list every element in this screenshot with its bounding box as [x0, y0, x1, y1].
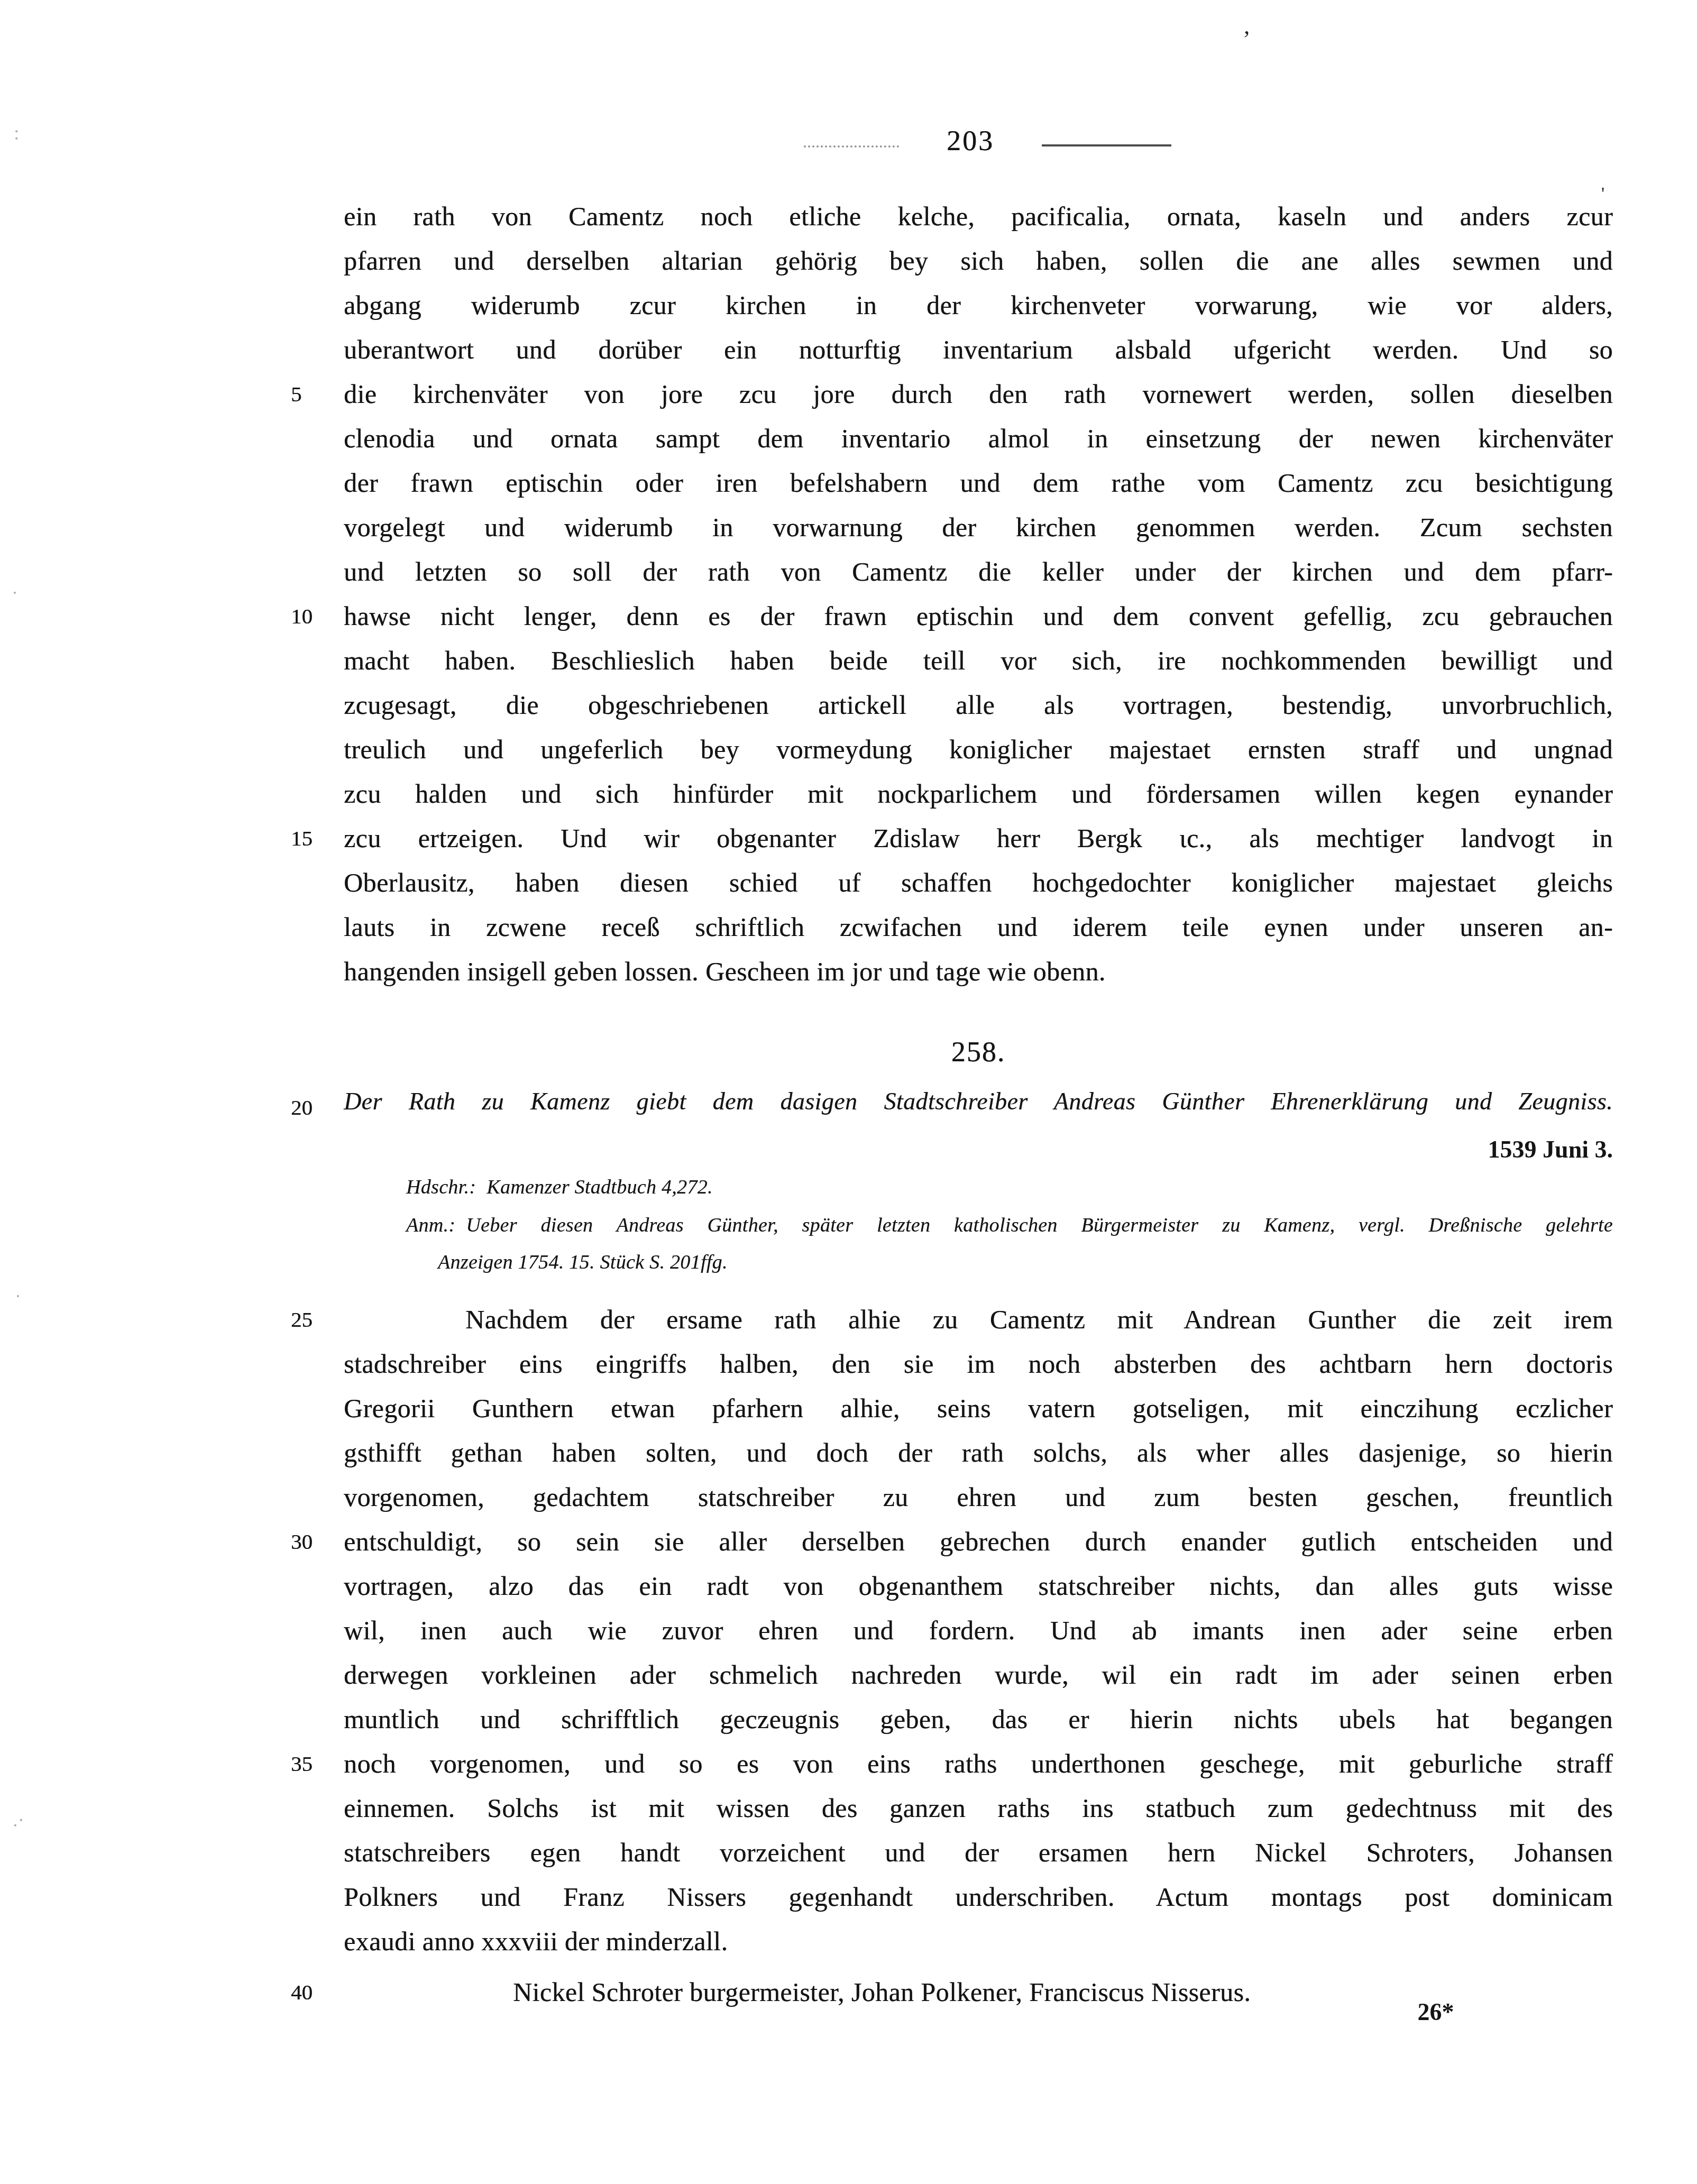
line-text: statschreibers egen handt vorzeichent un…	[344, 1838, 1613, 1867]
margin-line-number: 10	[291, 594, 336, 638]
text-line: vorgenomen, gedachtem statschreiber zu e…	[344, 1475, 1613, 1519]
text-line: stadschreiber eins eingriffs halben, den…	[344, 1342, 1613, 1386]
text-line: exaudi anno xxxviii der minderzall.	[344, 1919, 1613, 1963]
text-line: 5 die kirchenväter von jore zcu jore dur…	[344, 372, 1613, 416]
line-text: der frawn eptischin oder iren befelshabe…	[344, 468, 1613, 498]
margin-line-number: 30	[291, 1519, 336, 1564]
line-text: einnemen. Solchs ist mit wissen des ganz…	[344, 1793, 1613, 1823]
text-line: zcugesagt, die obgeschriebenen artickell…	[344, 683, 1613, 727]
line-text: Gregorii Gunthern etwan pfarhern alhie, …	[344, 1393, 1613, 1423]
line-text: abgang widerumb zcur kirchen in der kirc…	[344, 290, 1613, 320]
text-line: statschreibers egen handt vorzeichent un…	[344, 1830, 1613, 1875]
line-text: Polkners und Franz Nissers gegenhandt un…	[344, 1882, 1613, 1912]
text-line: hangenden insigell geben lossen. Geschee…	[344, 949, 1613, 994]
line-text: gsthifft gethan haben solten, und doch d…	[344, 1438, 1613, 1467]
decorative-rule-left-icon	[804, 145, 899, 148]
line-text: Oberlausitz, haben diesen schied uf scha…	[344, 868, 1613, 897]
text-line: 10 hawse nicht lenger, denn es der frawn…	[344, 594, 1613, 638]
scan-speck-icon: ·	[15, 1285, 21, 1307]
text-line: lauts in zcwene receß schriftlich zcwifa…	[344, 905, 1613, 949]
page-number: 203	[925, 124, 1015, 157]
annotation-line-1: Anm.:Ueber diesen Andreas Günther, späte…	[344, 1210, 1613, 1241]
text-line: muntlich und schrifftlich geczeugnis geb…	[344, 1697, 1613, 1741]
text-line: clenodia und ornata sampt dem inventario…	[344, 416, 1613, 461]
scan-speck-icon: .·	[13, 1809, 24, 1832]
decorative-rule-right-icon	[1042, 144, 1171, 146]
margin-line-number: 15	[291, 816, 336, 860]
text-line: Polkners und Franz Nissers gegenhandt un…	[344, 1875, 1613, 1919]
text-line: vortragen, alzo das ein radt von obgenan…	[344, 1564, 1613, 1608]
text-line: treulich und ungeferlich bey vormeydung …	[344, 727, 1613, 772]
line-text: zcu ertzeigen. Und wir obgenanter Zdisla…	[344, 823, 1613, 853]
text-line: 30 entschuldigt, so sein sie aller derse…	[344, 1519, 1613, 1564]
line-text: und letzten so soll der rath von Camentz…	[344, 557, 1613, 586]
line-text: die kirchenväter von jore zcu jore durch…	[344, 379, 1613, 409]
margin-line-number: 20	[291, 1085, 336, 1130]
text-line: pfarren und derselben altarian gehörig b…	[344, 238, 1613, 283]
line-text: hangenden insigell geben lossen. Geschee…	[344, 957, 1106, 986]
line-text: exaudi anno xxxviii der minderzall.	[344, 1926, 728, 1956]
text-line: 25 Nachdem der ersame rath alhie zu Came…	[344, 1297, 1613, 1342]
scan-speck-icon: '	[1601, 184, 1604, 204]
line-text: entschuldigt, so sein sie aller derselbe…	[344, 1527, 1613, 1556]
text-line: wil, inen auch wie zuvor ehren und forde…	[344, 1608, 1613, 1653]
margin-line-number: 35	[291, 1741, 336, 1786]
text-line: der frawn eptischin oder iren befelshabe…	[344, 461, 1613, 505]
page-header: 203	[344, 124, 1613, 172]
line-text: treulich und ungeferlich bey vormeydung …	[344, 735, 1613, 764]
source-label: Hdschr.:	[406, 1176, 476, 1198]
line-text: pfarren und derselben altarian gehörig b…	[344, 246, 1613, 276]
scan-speck-icon: ·	[12, 582, 18, 604]
line-text: wil, inen auch wie zuvor ehren und forde…	[344, 1616, 1613, 1645]
text-line: Oberlausitz, haben diesen schied uf scha…	[344, 860, 1613, 905]
text-line: macht haben. Beschlieslich haben beide t…	[344, 638, 1613, 683]
line-text: derwegen vorkleinen ader schmelich nachr…	[344, 1660, 1613, 1690]
line-text: Nachdem der ersame rath alhie zu Camentz…	[465, 1305, 1613, 1334]
text-line: derwegen vorkleinen ader schmelich nachr…	[344, 1653, 1613, 1697]
text-line: Gregorii Gunthern etwan pfarhern alhie, …	[344, 1386, 1613, 1430]
margin-line-number: 40	[291, 1970, 336, 2014]
text-line: 15 zcu ertzeigen. Und wir obgenanter Zdi…	[344, 816, 1613, 860]
annotation-line-2: Anzeigen 1754. 15. Stück S. 201ffg.	[344, 1247, 1613, 1278]
line-text: vorgelegt und widerumb in vorwarnung der…	[344, 512, 1613, 542]
source-line: Hdschr.:Kamenzer Stadtbuch 4,272.	[344, 1172, 1613, 1203]
text-line: einnemen. Solchs ist mit wissen des ganz…	[344, 1786, 1613, 1830]
line-text: hawse nicht lenger, denn es der frawn ep…	[344, 601, 1613, 631]
line-text: zcu halden und sich hinfürder mit nockpa…	[344, 779, 1613, 809]
line-text: uberantwort und dorüber ein notturftig i…	[344, 335, 1613, 364]
text-line: und letzten so soll der rath von Camentz…	[344, 549, 1613, 594]
body-paragraph-2: 25 Nachdem der ersame rath alhie zu Came…	[344, 1297, 1613, 2014]
entry-date: 1539 Juni 3.	[344, 1135, 1613, 1164]
scanned-book-page: { "page": { "number": "203", "footer_mar…	[0, 0, 1697, 2184]
source-text: Kamenzer Stadtbuch 4,272.	[487, 1176, 713, 1198]
line-text: clenodia und ornata sampt dem inventario…	[344, 424, 1613, 453]
line-text: macht haben. Beschlieslich haben beide t…	[344, 646, 1613, 675]
line-text: muntlich und schrifftlich geczeugnis geb…	[344, 1704, 1613, 1734]
regest-text: Der Rath zu Kamenz giebt dem dasigen Sta…	[344, 1088, 1613, 1115]
margin-line-number: 25	[291, 1297, 336, 1342]
line-text: stadschreiber eins eingriffs halben, den…	[344, 1349, 1613, 1379]
entry-heading: 258.	[344, 1035, 1613, 1068]
text-line: gsthifft gethan haben solten, und doch d…	[344, 1430, 1613, 1475]
scan-speck-icon: ’	[1243, 25, 1251, 52]
line-text: Nickel Schroter burgermeister, Johan Pol…	[513, 1977, 1251, 2007]
line-text: zcugesagt, die obgeschriebenen artickell…	[344, 690, 1613, 720]
regest-line: 20 Der Rath zu Kamenz giebt dem dasigen …	[344, 1085, 1613, 1118]
scan-speck-icon: :	[14, 122, 20, 145]
sheet-signature-mark: 26*	[1383, 1998, 1489, 2026]
line-text: noch vorgenomen, und so es von eins rath…	[344, 1749, 1613, 1778]
text-line: ein rath von Camentz noch etliche kelche…	[344, 194, 1613, 238]
line-text: vorgenomen, gedachtem statschreiber zu e…	[344, 1482, 1613, 1512]
margin-line-number: 5	[291, 372, 336, 416]
text-line: abgang widerumb zcur kirchen in der kirc…	[344, 283, 1613, 327]
line-text: vortragen, alzo das ein radt von obgenan…	[344, 1571, 1613, 1601]
text-line: zcu halden und sich hinfürder mit nockpa…	[344, 772, 1613, 816]
line-text: ein rath von Camentz noch etliche kelche…	[344, 201, 1613, 231]
body-paragraph-1: ein rath von Camentz noch etliche kelche…	[344, 194, 1613, 994]
annotation-label: Anm.:	[406, 1214, 455, 1236]
text-line: 35 noch vorgenomen, und so es von eins r…	[344, 1741, 1613, 1786]
text-line: uberantwort und dorüber ein notturftig i…	[344, 327, 1613, 372]
regest-block: 20 Der Rath zu Kamenz giebt dem dasigen …	[344, 1085, 1613, 1118]
text-line: vorgelegt und widerumb in vorwarnung der…	[344, 505, 1613, 549]
annotation-text: Ueber diesen Andreas Günther, später let…	[466, 1214, 1613, 1236]
line-text: lauts in zcwene receß schriftlich zcwifa…	[344, 912, 1613, 942]
